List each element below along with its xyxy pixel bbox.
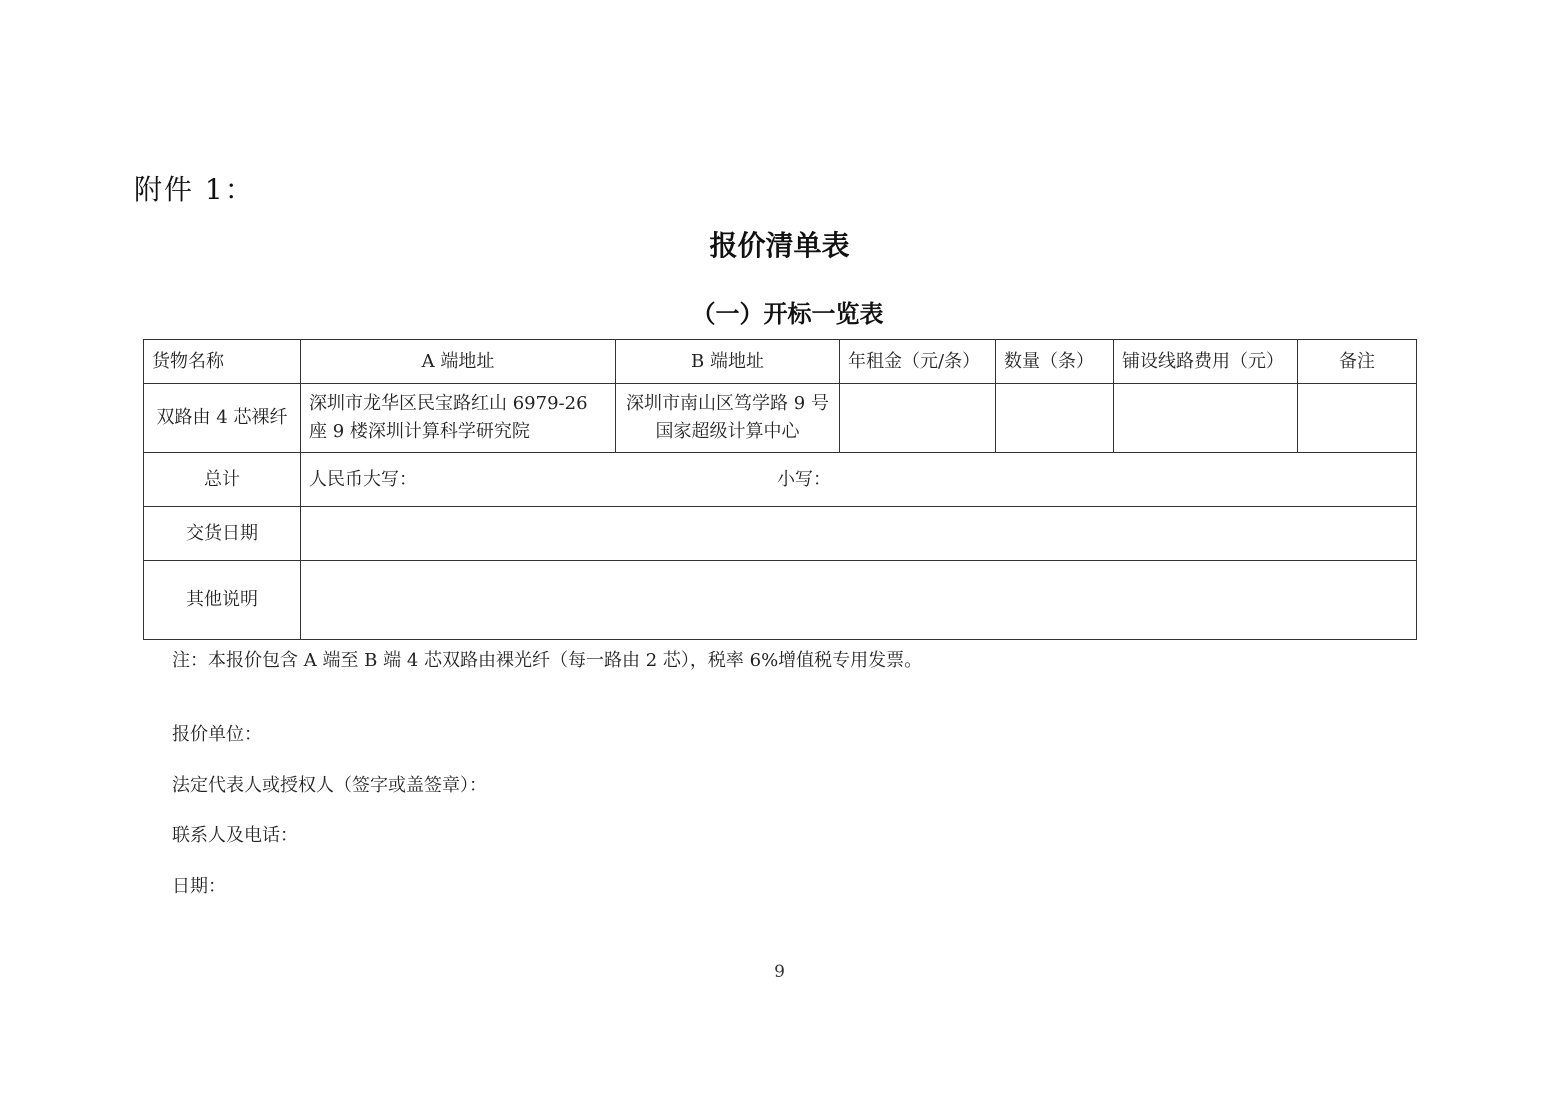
total-amount-cell[interactable]: 人民币大写： 小写： bbox=[301, 453, 1417, 507]
cell-b-address: 深圳市南山区笃学路 9 号国家超级计算中心 bbox=[616, 384, 840, 453]
cell-quantity[interactable] bbox=[996, 384, 1114, 453]
header-a-address: A 端地址 bbox=[301, 340, 616, 384]
header-goods-name: 货物名称 bbox=[144, 340, 301, 384]
rmb-upper-label: 人民币大写： bbox=[309, 469, 417, 490]
document-title: 报价清单表 bbox=[0, 224, 1559, 264]
other-notes-value[interactable] bbox=[301, 561, 1417, 640]
cell-line-cost[interactable] bbox=[1114, 384, 1298, 453]
quote-table: 货物名称 A 端地址 B 端地址 年租金（元/条） 数量（条） 铺设线路费用（元… bbox=[143, 339, 1417, 640]
header-line-cost: 铺设线路费用（元） bbox=[1114, 340, 1298, 384]
table-header-row: 货物名称 A 端地址 B 端地址 年租金（元/条） 数量（条） 铺设线路费用（元… bbox=[144, 340, 1417, 384]
header-quantity: 数量（条） bbox=[996, 340, 1114, 384]
total-label: 总计 bbox=[144, 453, 301, 507]
delivery-date-label: 交货日期 bbox=[144, 507, 301, 561]
date-label: 日期： bbox=[172, 872, 226, 898]
cell-annual-rent[interactable] bbox=[840, 384, 996, 453]
cell-goods-name: 双路由 4 芯裸纤 bbox=[144, 384, 301, 453]
total-row: 总计 人民币大写： 小写： bbox=[144, 453, 1417, 507]
document-subtitle: （一）开标一览表 bbox=[0, 294, 1559, 329]
other-notes-row: 其他说明 bbox=[144, 561, 1417, 640]
quoting-unit-label: 报价单位： bbox=[172, 720, 262, 746]
header-annual-rent: 年租金（元/条） bbox=[840, 340, 996, 384]
other-notes-label: 其他说明 bbox=[144, 561, 301, 640]
header-b-address: B 端地址 bbox=[616, 340, 840, 384]
attachment-label: 附件 1： bbox=[134, 168, 255, 208]
contact-label: 联系人及电话： bbox=[172, 821, 298, 847]
table-row: 双路由 4 芯裸纤 深圳市龙华区民宝路红山 6979-26 座 9 楼深圳计算科… bbox=[144, 384, 1417, 453]
footnote: 注：本报价包含 A 端至 B 端 4 芯双路由裸光纤（每一路由 2 芯），税率 … bbox=[172, 646, 922, 672]
cell-remarks[interactable] bbox=[1298, 384, 1417, 453]
rmb-lower-label: 小写： bbox=[777, 466, 831, 494]
page-number: 9 bbox=[0, 962, 1559, 982]
legal-rep-label: 法定代表人或授权人（签字或盖签章）： bbox=[172, 771, 487, 797]
header-remarks: 备注 bbox=[1298, 340, 1417, 384]
delivery-date-row: 交货日期 bbox=[144, 507, 1417, 561]
cell-a-address: 深圳市龙华区民宝路红山 6979-26 座 9 楼深圳计算科学研究院 bbox=[301, 384, 616, 453]
delivery-date-value[interactable] bbox=[301, 507, 1417, 561]
